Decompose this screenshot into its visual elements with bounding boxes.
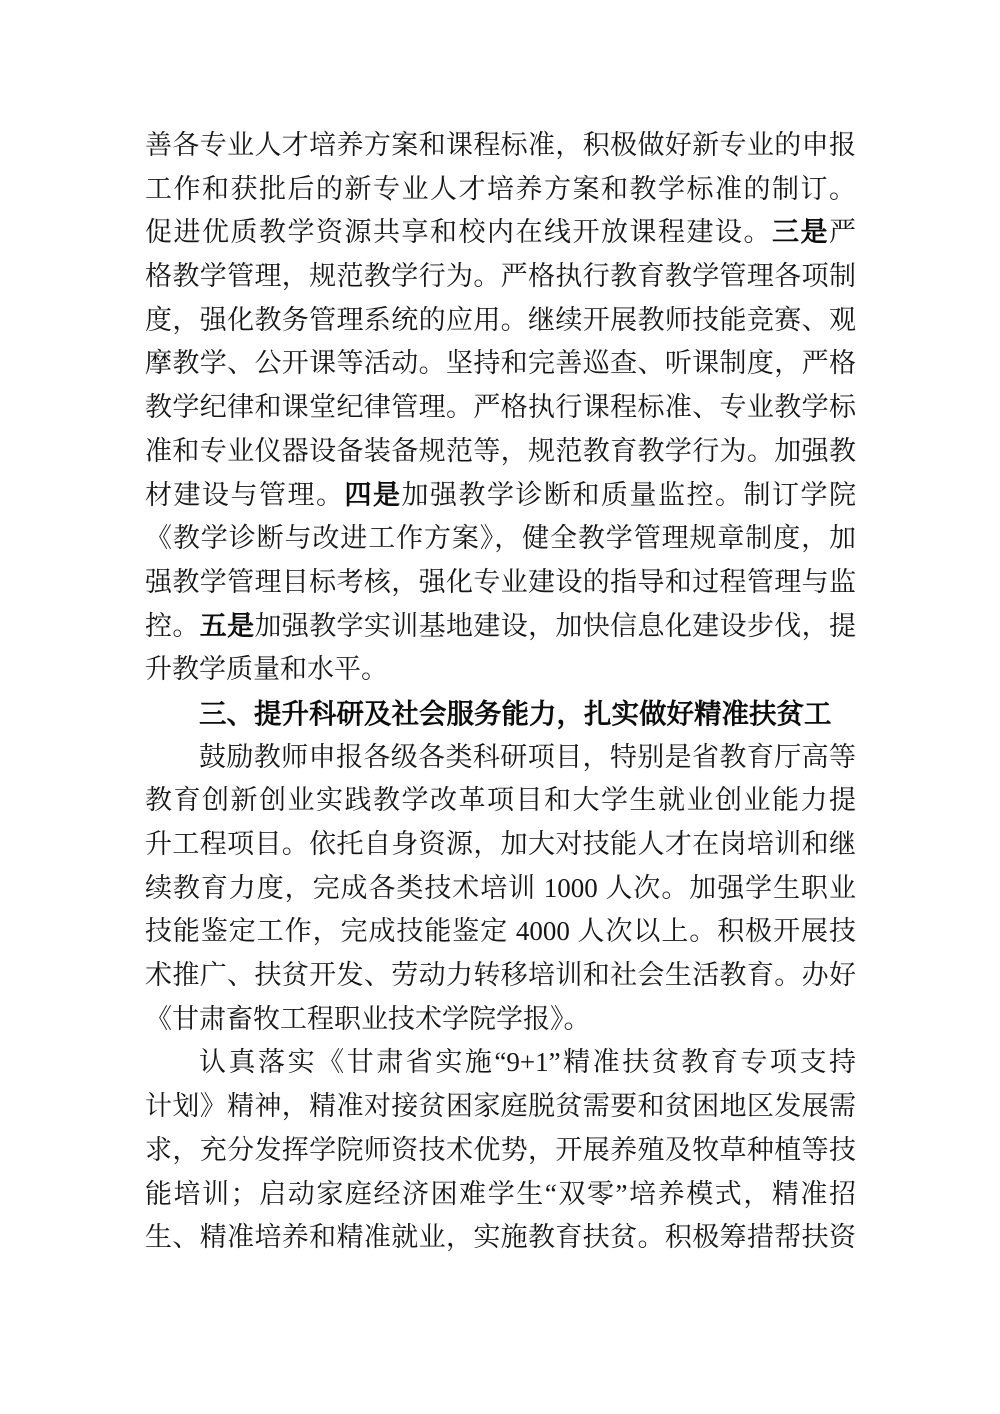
text-line: 材建设与管理。四是加强教学诊断和质量监控。制订学院 bbox=[145, 474, 856, 518]
section-heading: 三、提升科研及社会服务能力，扎实做好精准扶贫工作 bbox=[145, 692, 856, 736]
text-line: 技能鉴定工作，完成技能鉴定 4000 人次以上。积极开展技 bbox=[145, 910, 856, 954]
text-line: 续教育力度，完成各类技术培训 1000 人次。加强学生职业 bbox=[145, 867, 856, 911]
text-run: 材建设与管理。 bbox=[145, 480, 345, 510]
text-run-bold: 三是 bbox=[772, 217, 829, 247]
text-line: 准和专业仪器设备装备规范等，规范教育教学行为。加强教 bbox=[145, 430, 856, 474]
text-run: 促进优质教学资源共享和校内在线开放课程建设。 bbox=[145, 217, 772, 247]
text-line: 《教学诊断与改进工作方案》，健全教学管理规章制度，加 bbox=[145, 517, 856, 561]
text-line: 格教学管理，规范教学行为。严格执行教育教学管理各项制 bbox=[145, 255, 856, 299]
text-line: 善各专业人才培养方案和课程标准，积极做好新专业的申报 bbox=[145, 124, 856, 168]
text-line: 摩教学、公开课等活动。坚持和完善巡查、听课制度，严格 bbox=[145, 342, 856, 386]
text-run: 严 bbox=[829, 217, 856, 247]
text-line: 度，强化教务管理系统的应用。继续开展教师技能竞赛、观 bbox=[145, 299, 856, 343]
text-run: 加强教学实训基地建设，加快信息化建设步伐，提 bbox=[254, 611, 856, 641]
text-run-bold: 四是 bbox=[345, 480, 402, 510]
text-line: 控。五是加强教学实训基地建设，加快信息化建设步伐，提 bbox=[145, 605, 856, 649]
text-line: 升工程项目。依托自身资源，加大对技能人才在岗培训和继 bbox=[145, 823, 856, 867]
text-line: 促进优质教学资源共享和校内在线开放课程建设。三是严 bbox=[145, 211, 856, 255]
text-line: 术推广、扶贫开发、劳动力转移培训和社会生活教育。办好 bbox=[145, 954, 856, 998]
text-line: 认真落实《甘肃省实施“9+1”精准扶贫教育专项支持 bbox=[145, 1041, 856, 1085]
text-line: 教育创新创业实践教学改革项目和大学生就业创业能力提 bbox=[145, 779, 856, 823]
text-line: 教学纪律和课堂纪律管理。严格执行课程标准、专业教学标 bbox=[145, 386, 856, 430]
text-line: 生、精准培养和精准就业，实施教育扶贫。积极筹措帮扶资 bbox=[145, 1216, 856, 1260]
text-line: 鼓励教师申报各级各类科研项目，特别是省教育厅高等 bbox=[145, 736, 856, 780]
text-run: 加强教学诊断和质量监控。制订学院 bbox=[402, 480, 857, 510]
text-line: 《甘肃畜牧工程职业技术学院学报》。 bbox=[145, 998, 856, 1042]
text-line: 求，充分发挥学院师资技术优势，开展养殖及牧草种植等技 bbox=[145, 1129, 856, 1173]
text-line: 工作和获批后的新专业人才培养方案和教学标准的制订。 bbox=[145, 168, 856, 212]
text-run: 控。 bbox=[145, 611, 200, 641]
document-page: 善各专业人才培养方案和课程标准，积极做好新专业的申报 工作和获批后的新专业人才培… bbox=[0, 0, 1000, 1414]
text-line: 升教学质量和水平。 bbox=[145, 648, 856, 692]
text-line: 能培训；启动家庭经济困难学生“双零”培养模式，精准招 bbox=[145, 1173, 856, 1217]
text-line: 强教学管理目标考核，强化专业建设的指导和过程管理与监 bbox=[145, 561, 856, 605]
text-run-bold: 五是 bbox=[200, 611, 255, 641]
text-line: 计划》精神，精准对接贫困家庭脱贫需要和贫困地区发展需 bbox=[145, 1085, 856, 1129]
